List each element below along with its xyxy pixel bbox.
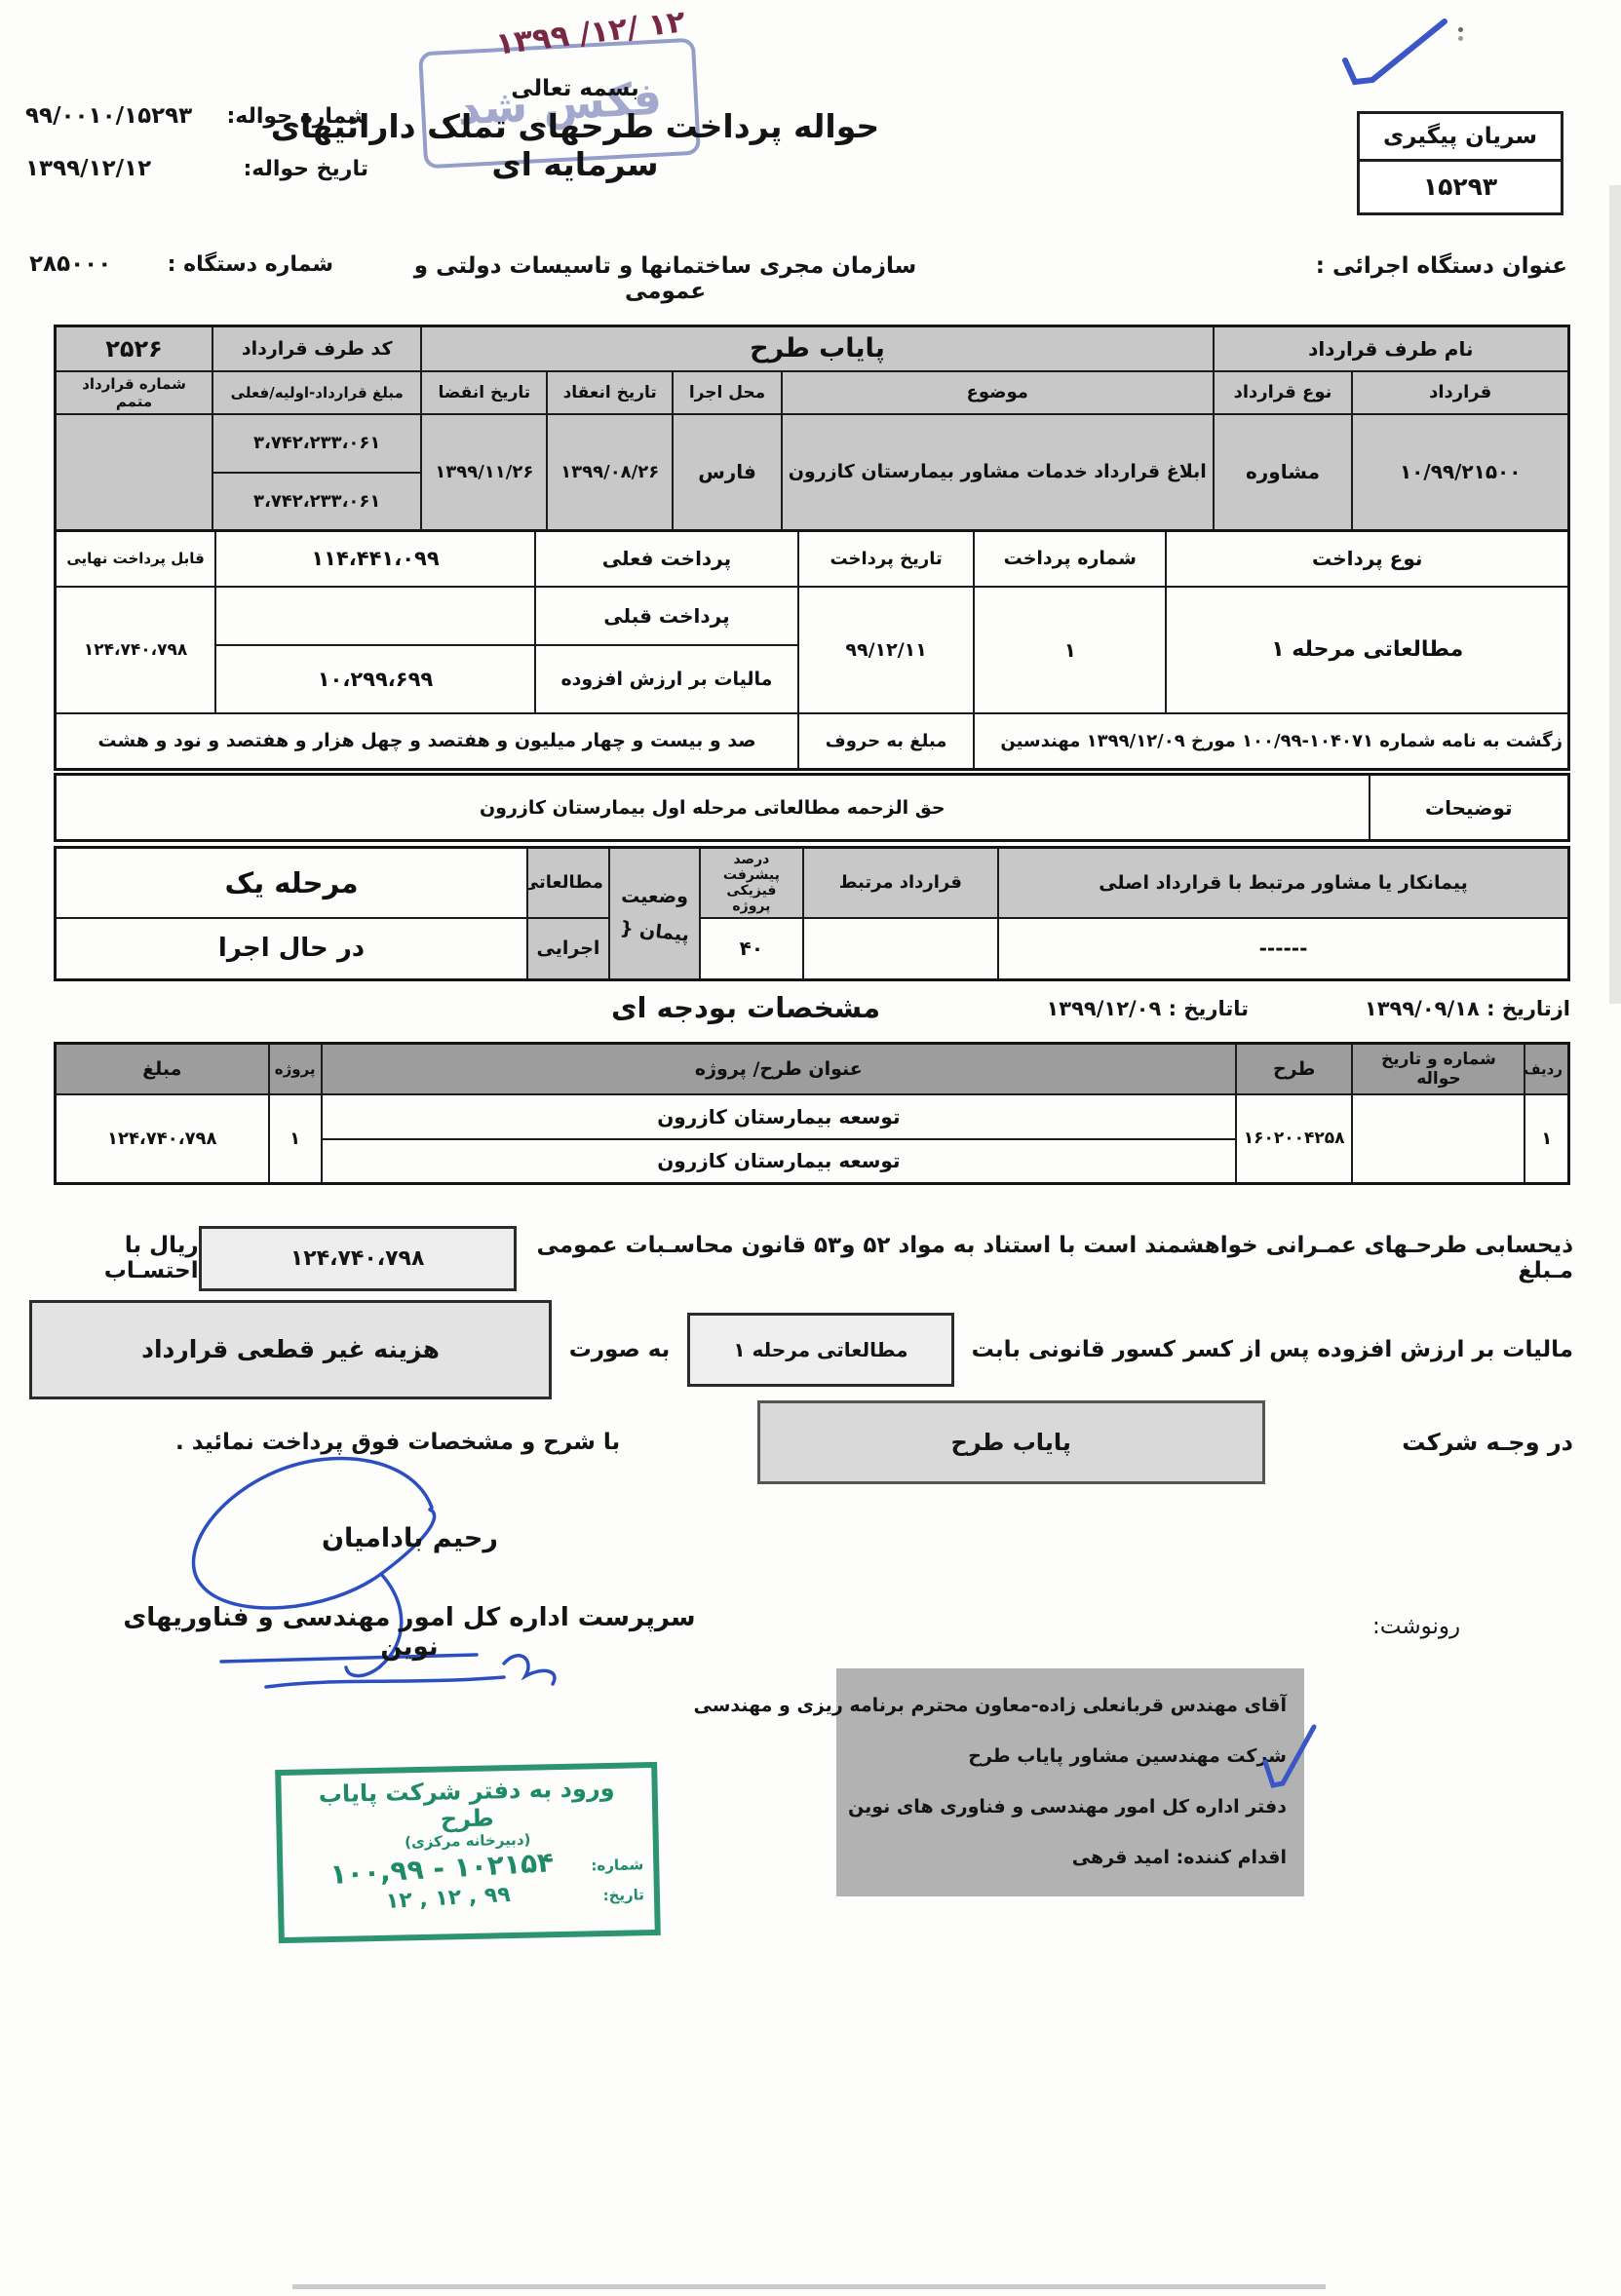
contract-header-supplement: شماره قرارداد متمم — [56, 371, 213, 414]
contract-no-value: ۱۰/۹۹/۲۱۵۰۰ — [1352, 414, 1568, 531]
payment-final-value: ۱۲۴،۷۴۰،۷۹۸ — [56, 587, 216, 713]
payment-final-label: قابل پرداخت نهایی — [56, 531, 216, 587]
budget-header-title: عنوان طرح/ پروژه — [322, 1044, 1236, 1094]
payment-ref-note: زگشت به نامه شماره ۱۰۴۰۷۱-۱۰۰/۹۹ مورخ ۱۳… — [974, 713, 1568, 770]
payment-words-label: مبلغ به حروف — [798, 713, 974, 770]
payment-previous-label: پرداخت قبلی — [535, 587, 798, 645]
instruction-l2-text-a: مالیات بر ارزش افزوده پس از کسر کسور قان… — [972, 1337, 1573, 1362]
agency-number-row: شماره دستگاه : ۲۸۵۰۰۰ — [29, 251, 333, 277]
status-related-label: قرارداد مرتبط — [803, 848, 998, 918]
bismillah-text: بسمه تعالی — [234, 76, 916, 101]
status-contractor-label: پیمانکار یا مشاور مرتبط با قرارداد اصلی — [998, 848, 1568, 918]
payment-amount-words: صد و بیست و چهار میلیون و هفتصد و چهل هز… — [56, 713, 799, 770]
entry-stamp: ورود به دفتر شرکت پایاب طرح (دبیرخانه مر… — [275, 1762, 661, 1943]
contract-code-label: کد طرف قرارداد — [212, 326, 421, 371]
payment-header-date: تاریخ پرداخت — [798, 531, 974, 587]
contract-subject-value: ابلاغ قرارداد خدمات مشاور بیمارستان کازر… — [782, 414, 1214, 531]
status-state-label2: پیمان { — [614, 916, 695, 945]
budget-header-plan: طرح — [1236, 1044, 1353, 1094]
status-progress-value: ۴۰ — [700, 918, 803, 980]
contract-amount-initial: ۳،۷۴۲،۲۳۳،۰۶۱ — [212, 414, 421, 473]
status-progress-label: درصد پیشرفت فیزیکی پروژه — [700, 848, 803, 918]
payment-current-value: ۱۱۴،۴۴۱،۰۹۹ — [215, 531, 535, 587]
payment-vat-value: ۱۰،۲۹۹،۶۹۹ — [215, 645, 535, 713]
signature-block: رحیم بادامیان سرپرست اداره کل امور مهندس… — [83, 1418, 746, 1710]
hawala-date-row: تاریخ حواله: ۱۳۹۹/۱۲/۱۲ — [25, 156, 368, 181]
budget-section-header: ازتاریخ : ۱۳۹۹/۰۹/۱۸ تاتاریخ : ۱۳۹۹/۱۲/۰… — [54, 981, 1570, 1042]
payment-table: نوع پرداخت شماره پرداخت تاریخ پرداخت پرد… — [54, 529, 1570, 771]
budget-row-amount: ۱۲۴،۷۴۰،۷۹۸ — [56, 1094, 269, 1184]
payment-header-no: شماره پرداخت — [974, 531, 1166, 587]
entry-stamp-title: ورود به دفتر شرکت پایاب طرح — [290, 1774, 642, 1836]
budget-header-project: پروژه — [269, 1044, 322, 1094]
entry-stamp-date-label: تاریخ: — [602, 1886, 644, 1904]
contract-header-sign-date: تاریخ انعقاد — [547, 371, 673, 414]
status-stage-top: مرحله یک — [56, 848, 528, 918]
contract-party-label: نام طرف قرارداد — [1214, 326, 1569, 371]
status-stage-bottom: در حال اجرا — [56, 918, 528, 980]
signer-name: رحیم بادامیان — [322, 1523, 498, 1553]
instruction-payee-box: پایاب طرح — [757, 1400, 1265, 1484]
payment-no-value: ۱ — [974, 587, 1166, 713]
serial-tracking-box: سریان پیگیری ۱۵۲۹۳ — [1357, 111, 1563, 215]
budget-to-row: تاتاریخ : ۱۳۹۹/۱۲/۰۹ — [1046, 997, 1249, 1020]
ink-speck — [1458, 27, 1463, 32]
status-kind-top: مطالعاتی — [527, 848, 609, 918]
payment-type-value: مطالعاتی مرحله ۱ — [1166, 587, 1568, 713]
contract-supplement-value — [56, 414, 213, 531]
contract-code-value: ۲۵۲۶ — [56, 326, 213, 371]
budget-header-amount: مبلغ — [56, 1044, 269, 1094]
budget-table: ردیف شماره و تاریخ حواله طرح عنوان طرح/ … — [54, 1042, 1570, 1185]
hawala-number-row: شماره حواله: ۹۹/۰۰۱۰/۱۵۲۹۳ — [25, 103, 368, 129]
budget-row-ref — [1352, 1094, 1525, 1184]
budget-row-title2: توسعه بیمارستان کازرون — [322, 1139, 1236, 1184]
payment-current-label: پرداخت فعلی — [535, 531, 798, 587]
contract-header-expire-date: تاریخ انقضا — [421, 371, 547, 414]
hawala-date-label: تاریخ حواله: — [243, 157, 368, 181]
form-tables: نام طرف قرارداد پایاب طرح کد طرف قرارداد… — [54, 325, 1570, 1185]
contract-header-no: قرارداد — [1352, 371, 1568, 414]
payment-previous-value — [215, 587, 535, 645]
contract-party-name: پایاب طرح — [421, 326, 1213, 371]
budget-header-ref: شماره و تاریخ حواله — [1352, 1044, 1525, 1094]
contract-location-value: فارس — [673, 414, 782, 531]
hawala-info: شماره حواله: ۹۹/۰۰۱۰/۱۵۲۹۳ تاریخ حواله: … — [25, 103, 368, 181]
agency-number-value: ۲۸۵۰۰۰ — [29, 251, 111, 277]
scan-bottom-artifact — [292, 2284, 1326, 2289]
remarks-text: حق الزحمه مطالعاتی مرحله اول بیمارستان ک… — [56, 775, 1370, 841]
instruction-line-2: مالیات بر ارزش افزوده پس از کسر کسور قان… — [29, 1302, 1573, 1397]
instruction-line-1: ذیحسابی طرحـهای عمـرانی خواهشمند است با … — [29, 1218, 1573, 1298]
instruction-l1-text-a: ذیحسابی طرحـهای عمـرانی خواهشمند است با … — [517, 1233, 1573, 1283]
instruction-stage-box: مطالعاتی مرحله ۱ — [687, 1313, 954, 1387]
budget-row-no: ۱ — [1525, 1094, 1568, 1184]
cc-item: اقدام کننده: امید قرهی — [846, 1832, 1287, 1883]
budget-section-title: مشخصات بودجه ای — [541, 991, 950, 1024]
contract-header-location: محل اجرا — [673, 371, 782, 414]
cc-item: آقای مهندس قربانعلی زاده-معاون محترم برن… — [846, 1680, 1287, 1731]
budget-from-value: ۱۳۹۹/۰۹/۱۸ — [1365, 997, 1480, 1020]
budget-to-label: تاتاریخ : — [1169, 997, 1249, 1020]
status-related-value — [803, 918, 998, 980]
serial-tracking-value: ۱۵۲۹۳ — [1360, 162, 1561, 212]
payment-date-value: ۹۹/۱۲/۱۱ — [798, 587, 974, 713]
instruction-amount-box: ۱۲۴،۷۴۰،۷۹۸ — [199, 1226, 517, 1291]
contract-header-subject: موضوع — [782, 371, 1214, 414]
agency-label: عنوان دستگاه اجرائی : — [1209, 253, 1567, 279]
status-table: پیمانکار یا مشاور مرتبط با قرارداد اصلی … — [54, 846, 1570, 981]
cc-list: آقای مهندس قربانعلی زاده-معاون محترم برن… — [836, 1668, 1304, 1896]
hawala-date-value: ۱۳۹۹/۱۲/۱۲ — [25, 156, 151, 181]
status-kind-bottom: اجرایی — [527, 918, 609, 980]
hawala-number-value: ۹۹/۰۰۱۰/۱۵۲۹۳ — [25, 103, 192, 129]
status-state-label: وضعیت — [615, 886, 694, 907]
status-contractor-value: ------ — [998, 918, 1568, 980]
contract-amount-current: ۳،۷۴۲،۲۳۳،۰۶۱ — [212, 473, 421, 531]
contract-sign-date-value: ۱۳۹۹/۰۸/۲۶ — [547, 414, 673, 531]
budget-from-label: ازتاریخ : — [1486, 997, 1570, 1020]
status-state-label-cell: وضعیت پیمان { — [609, 848, 700, 980]
cc-checkmark-icon — [1259, 1721, 1320, 1793]
cc-item: شرکت مهندسین مشاور پایاب طرح — [846, 1731, 1287, 1781]
remarks-table: توضیحات حق الزحمه مطالعاتی مرحله اول بیم… — [54, 773, 1570, 842]
checkmark-icon — [1335, 16, 1452, 92]
instruction-cost-type-box: هزینه غیر قطعی قرارداد — [29, 1300, 552, 1399]
instruction-l2-text-b: به صورت — [569, 1337, 671, 1362]
contract-type-value: مشاوره — [1214, 414, 1353, 531]
payment-vat-label: مالیات بر ارزش افزوده — [535, 645, 798, 713]
budget-header-row: ردیف — [1525, 1044, 1568, 1094]
contract-expire-date-value: ۱۳۹۹/۱۱/۲۶ — [421, 414, 547, 531]
contract-header-type: نوع قرارداد — [1214, 371, 1353, 414]
budget-row-title1: توسعه بیمارستان کازرون — [322, 1094, 1236, 1139]
cc-label: رونوشت: — [1372, 1614, 1460, 1639]
payment-header-type: نوع پرداخت — [1166, 531, 1568, 587]
budget-to-value: ۱۳۹۹/۱۲/۰۹ — [1046, 997, 1161, 1020]
entry-stamp-number-label: شماره: — [591, 1856, 643, 1874]
agency-name: سازمان مجری ساختمانها و تاسیسات دولتی و … — [385, 253, 946, 304]
instruction-l1-text-b: ریال با احتسـاب — [29, 1233, 199, 1283]
budget-from-row: ازتاریخ : ۱۳۹۹/۰۹/۱۸ — [1365, 997, 1570, 1020]
budget-row-plan: ۱۶۰۲۰۰۴۲۵۸ — [1236, 1094, 1353, 1184]
serial-tracking-label: سریان پیگیری — [1360, 114, 1561, 162]
budget-row-project: ۱ — [269, 1094, 322, 1184]
agency-number-label: شماره دستگاه : — [168, 252, 333, 277]
contract-table: نام طرف قرارداد پایاب طرح کد طرف قرارداد… — [54, 325, 1570, 532]
hawala-number-label: شماره حواله: — [226, 104, 368, 129]
instruction-l3-text-a: در وجـه شرکت — [1402, 1429, 1573, 1456]
scanned-payment-order-page: سریان پیگیری ۱۵۲۹۳ فکس شد ۱۳۹۹ /۱۲/ ۱۲ ب… — [0, 0, 1621, 2296]
contract-header-amount: مبلغ قرارداد-اولیه/فعلی — [212, 371, 421, 414]
signer-title: سرپرست اداره کل امور مهندسی و فناوریهای … — [97, 1603, 721, 1662]
signature-scribble — [83, 1418, 746, 1710]
remarks-label: توضیحات — [1370, 775, 1569, 841]
cc-item: دفتر اداره کل امور مهندسی و فناوری های ن… — [846, 1781, 1287, 1832]
scan-edge-artifact — [1609, 185, 1621, 1004]
